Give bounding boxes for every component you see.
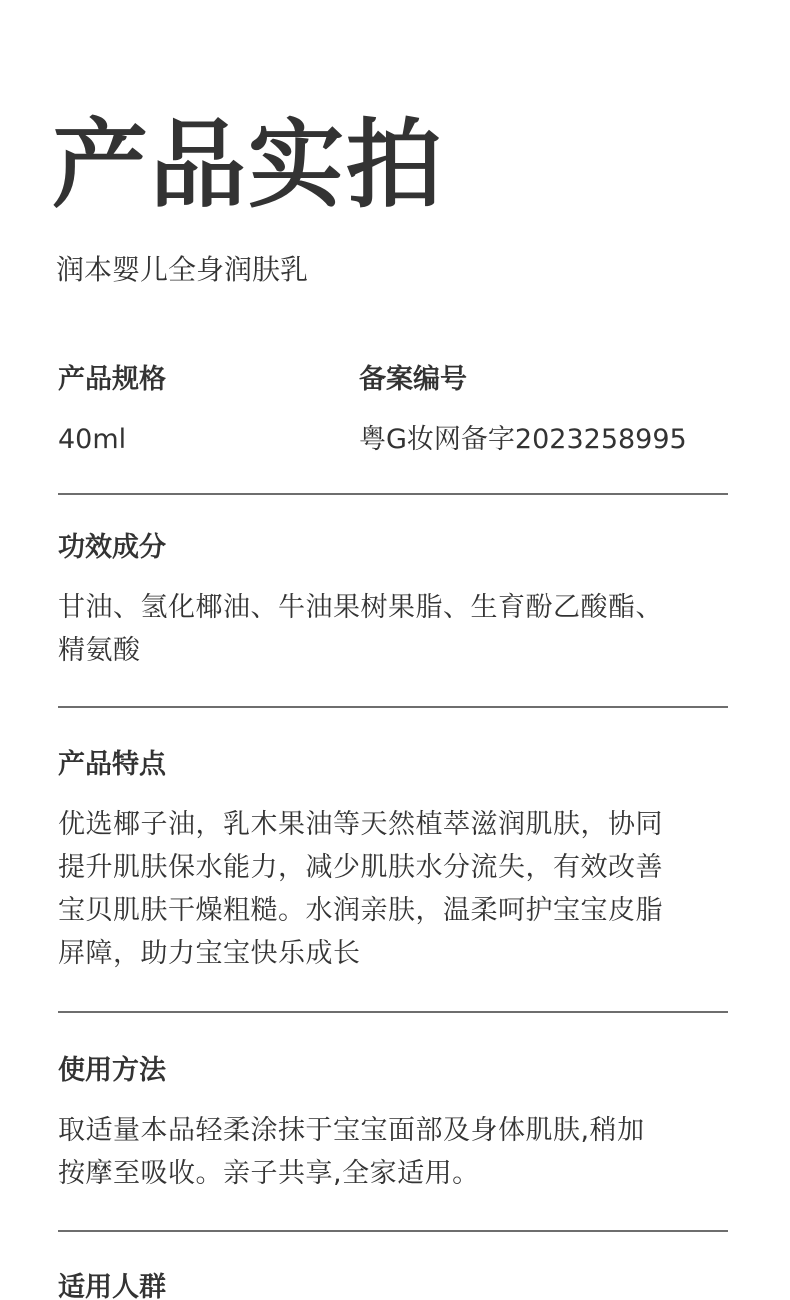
section-label: 适用人群 (58, 1268, 730, 1300)
section-line: 按摩至吸收。亲子共享,全家适用。 (58, 1152, 730, 1195)
section-body: 取适量本品轻柔涂抹于宝宝面部及身体肌肤,稍加 按摩至吸收。亲子共享,全家适用。 (58, 1109, 730, 1195)
section-body: 甘油、氢化椰油、牛油果树果脂、生育酚乙酸酯、 精氨酸 (58, 586, 730, 672)
section-label: 产品特点 (58, 745, 730, 785)
section-line: 甘油、氢化椰油、牛油果树果脂、生育酚乙酸酯、 (58, 586, 730, 629)
section-body: 优选椰子油，乳木果油等天然植萃滋润肌肤，协同 提升肌肤保水能力，减少肌肤水分流失… (58, 803, 730, 975)
spec-size-value: 40ml (58, 420, 166, 460)
section-usage: 使用方法 取适量本品轻柔涂抹于宝宝面部及身体肌肤,稍加 按摩至吸收。亲子共享,全… (58, 1051, 730, 1195)
spec-row: 产品规格 40ml 备案编号 粤G妆网备字2023258995 (58, 360, 728, 480)
section-label: 功效成分 (58, 528, 730, 568)
divider (58, 706, 728, 708)
page-title: 产品实拍 (52, 100, 444, 230)
section-line: 优选椰子油，乳木果油等天然植萃滋润肌肤，协同 (58, 803, 730, 846)
section-line: 精氨酸 (58, 629, 730, 672)
divider (58, 1230, 728, 1232)
spec-record-label: 备案编号 (359, 360, 687, 400)
spec-record: 备案编号 粤G妆网备字2023258995 (359, 360, 687, 460)
section-features: 产品特点 优选椰子油，乳木果油等天然植萃滋润肌肤，协同 提升肌肤保水能力，减少肌… (58, 745, 730, 975)
section-audience: 适用人群 (58, 1268, 730, 1300)
section-line: 屏障，助力宝宝快乐成长 (58, 932, 730, 975)
product-name: 润本婴儿全身润肤乳 (56, 250, 308, 290)
section-line: 宝贝肌肤干燥粗糙。水润亲肤，温柔呵护宝宝皮脂 (58, 889, 730, 932)
section-ingredients: 功效成分 甘油、氢化椰油、牛油果树果脂、生育酚乙酸酯、 精氨酸 (58, 528, 730, 672)
section-line: 提升肌肤保水能力，减少肌肤水分流失，有效改善 (58, 846, 730, 889)
divider (58, 1011, 728, 1013)
section-line: 取适量本品轻柔涂抹于宝宝面部及身体肌肤,稍加 (58, 1109, 730, 1152)
divider (58, 493, 728, 495)
spec-size-label: 产品规格 (58, 360, 166, 400)
product-detail-page: 产品实拍 润本婴儿全身润肤乳 产品规格 40ml 备案编号 粤G妆网备字2023… (0, 0, 790, 1300)
spec-size: 产品规格 40ml (58, 360, 166, 460)
spec-record-value: 粤G妆网备字2023258995 (359, 420, 687, 460)
section-label: 使用方法 (58, 1051, 730, 1091)
